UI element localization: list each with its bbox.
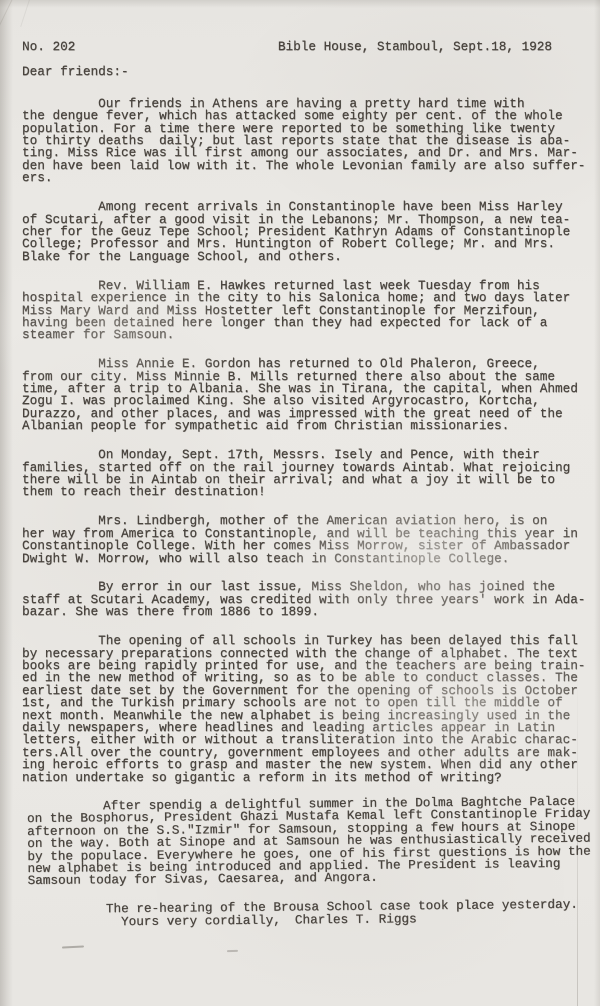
letter-paragraph: By error in our last issue, Miss Sheldon… [22, 581, 600, 618]
signature: Charles T. Riggs [295, 911, 417, 927]
letter-paragraph: Our friends in Athens are having a prett… [22, 98, 600, 185]
valediction: Yours very cordially, [121, 912, 281, 929]
doc-number: No. 202 [22, 41, 75, 53]
letter-paragraph: Among recent arrivals in Constantinople … [22, 201, 600, 263]
letter-paragraph: After spendig a delightful summer in the… [27, 795, 600, 887]
letter-header: No. 202 Bible House, Stamboul, Sept.18, … [22, 41, 600, 53]
letter-paragraph: Rev. William E. Hawkes returned last wee… [22, 280, 600, 342]
pencil-mark [227, 950, 238, 952]
letter-body: No. 202 Bible House, Stamboul, Sept.18, … [0, 0, 600, 1006]
letter-paragraph: On Monday, Sept. 17th, Messrs. Isely and… [22, 449, 600, 499]
letter-paragraph: Miss Annie E. Gordon has returned to Old… [22, 358, 600, 432]
dateline: Bible House, Stamboul, Sept.18, 1928 [278, 41, 552, 53]
scanned-letter-page: No. 202 Bible House, Stamboul, Sept.18, … [0, 0, 600, 1006]
salutation: Dear friends:- [22, 66, 600, 78]
valediction-line: Yours very cordially,Charles T. Riggs [121, 911, 600, 928]
letter-paragraph: The opening of all schools in Turkey has… [22, 635, 600, 784]
bottom-section: After spendig a delightful summer in the… [27, 795, 600, 929]
letter-paragraph: Mrs. Lindbergh, mother of the American a… [22, 515, 600, 565]
